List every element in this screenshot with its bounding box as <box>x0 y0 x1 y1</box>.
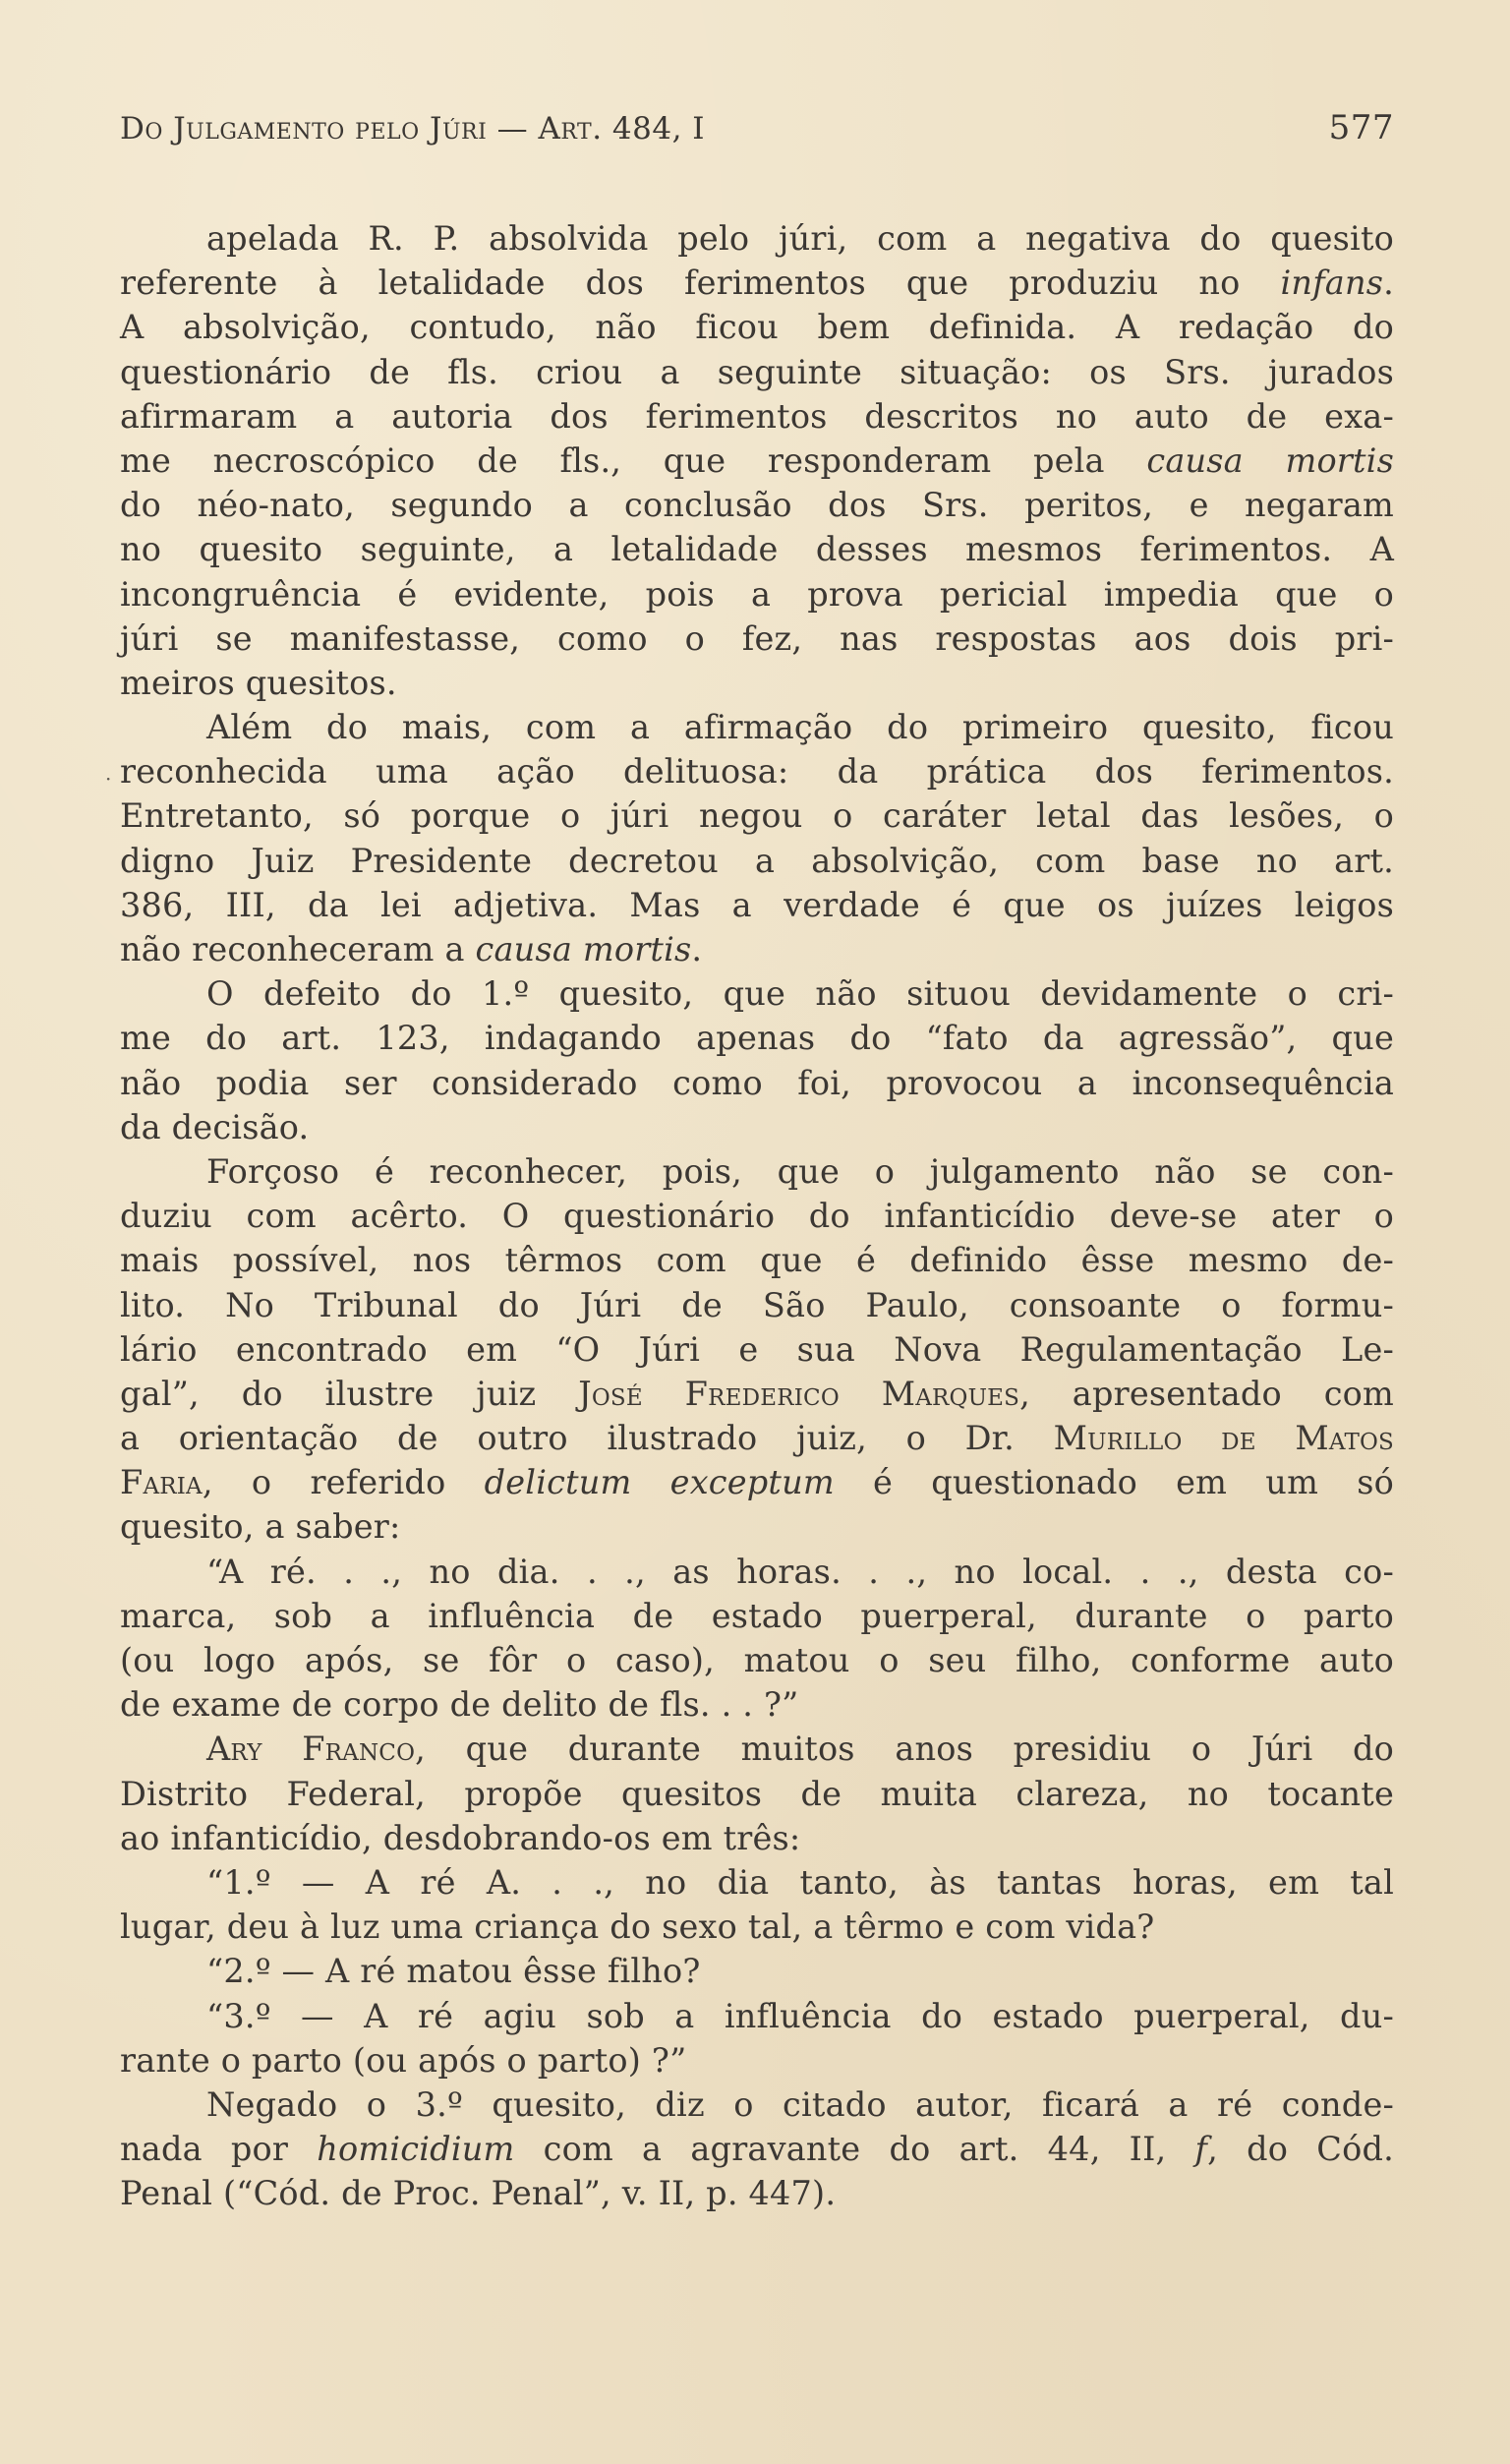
text-line: não podia ser considerado como foi, prov… <box>120 1061 1394 1105</box>
text-line: “A ré. . ., no dia. . ., as horas. . ., … <box>120 1550 1394 1594</box>
text-line: reconhecida uma ação delituosa: da práti… <box>120 749 1394 793</box>
book-page: Do Julgamento pelo Júri — Art. 484, I 57… <box>120 108 1394 2215</box>
running-head: Do Julgamento pelo Júri — Art. 484, I 57… <box>120 108 1394 167</box>
text-line: questionário de fls. criou a seguinte si… <box>120 350 1394 394</box>
running-head-title: Do Julgamento pelo Júri — Art. 484, I <box>120 111 705 147</box>
text-line: ao infanticídio, desdobrando-os em três: <box>120 1816 1394 1860</box>
margin-mark: · <box>105 767 111 791</box>
paragraph: O defeito do 1.º quesito, que não situou… <box>120 971 1394 1149</box>
text-line: 386, III, da lei adjetiva. Mas a verdade… <box>120 883 1394 927</box>
text-line: “1.º — A ré A. . ., no dia tanto, às tan… <box>120 1860 1394 1905</box>
text-line: no quesito seguinte, a letalidade desses… <box>120 527 1394 571</box>
text-line: rante o parto (ou após o parto) ?” <box>120 2038 1394 2083</box>
italic-term: delictum exceptum <box>485 1463 835 1501</box>
text-line: lário encontrado em “O Júri e sua Nova R… <box>120 1327 1394 1372</box>
italic-term: f <box>1195 2130 1208 2168</box>
text-line: Faria, o referido delictum exceptum é qu… <box>120 1460 1394 1504</box>
paragraph: “1.º — A ré A. . ., no dia tanto, às tan… <box>120 1860 1394 1949</box>
text-line: não reconheceram a causa mortis. <box>120 927 1394 971</box>
text-line: da decisão. <box>120 1105 1394 1149</box>
text-line: do néo-nato, segundo a conclusão dos Srs… <box>120 483 1394 527</box>
author-name: Faria <box>120 1463 203 1501</box>
author-name: Ary Franco <box>206 1730 415 1768</box>
text-line: O defeito do 1.º quesito, que não situou… <box>120 971 1394 1016</box>
text-line: duziu com acêrto. O questionário do infa… <box>120 1194 1394 1238</box>
text-line: júri se manifestasse, como o fez, nas re… <box>120 616 1394 661</box>
text-line: marca, sob a influência de estado puerpe… <box>120 1594 1394 1638</box>
author-name: Murillo de Matos <box>1054 1419 1394 1457</box>
text-line: me do art. 123, indagando apenas do “fat… <box>120 1016 1394 1060</box>
text-line: Penal (“Cód. de Proc. Penal”, v. II, p. … <box>120 2171 1394 2215</box>
body-text: apelada R. P. absolvida pelo júri, com a… <box>120 216 1394 2215</box>
text-line: Negado o 3.º quesito, diz o citado autor… <box>120 2083 1394 2127</box>
page-number: 577 <box>1329 108 1394 147</box>
text-line: Ary Franco, que durante muitos anos pres… <box>120 1727 1394 1771</box>
text-line: apelada R. P. absolvida pelo júri, com a… <box>120 216 1394 261</box>
paragraph: Ary Franco, que durante muitos anos pres… <box>120 1727 1394 1860</box>
paragraph: Além do mais, com a afirmação do primeir… <box>120 705 1394 971</box>
text-line: me necroscópico de fls., que responderam… <box>120 439 1394 483</box>
text-line: a orientação de outro ilustrado juiz, o … <box>120 1416 1394 1460</box>
text-line: “3.º — A ré agiu sob a influência do est… <box>120 1994 1394 2038</box>
text-line: lugar, deu à luz uma criança do sexo tal… <box>120 1905 1394 1949</box>
paragraph: Negado o 3.º quesito, diz o citado autor… <box>120 2083 1394 2216</box>
text-line: gal”, do ilustre juiz José Frederico Mar… <box>120 1372 1394 1416</box>
text-line: Entretanto, só porque o júri negou o car… <box>120 793 1394 838</box>
paragraph: “3.º — A ré agiu sob a influência do est… <box>120 1994 1394 2083</box>
paragraph: “A ré. . ., no dia. . ., as horas. . ., … <box>120 1550 1394 1728</box>
paragraph: “2.º — A ré matou êsse filho? <box>120 1949 1394 1993</box>
text-line: A absolvição, contudo, não ficou bem def… <box>120 305 1394 349</box>
italic-term: infans <box>1281 264 1384 302</box>
paragraph: apelada R. P. absolvida pelo júri, com a… <box>120 216 1394 705</box>
text-line: Forçoso é reconhecer, pois, que o julgam… <box>120 1149 1394 1194</box>
text-line: nada por homicidium com a agravante do a… <box>120 2127 1394 2171</box>
text-line: de exame de corpo de delito de fls. . . … <box>120 1682 1394 1727</box>
text-line: Distrito Federal, propõe quesitos de mui… <box>120 1772 1394 1816</box>
text-line: digno Juiz Presidente decretou a absolvi… <box>120 839 1394 883</box>
text-line: meiros quesitos. <box>120 661 1394 705</box>
text-line: lito. No Tribunal do Júri de São Paulo, … <box>120 1283 1394 1327</box>
text-line: referente à letalidade dos ferimentos qu… <box>120 261 1394 305</box>
paragraph: Forçoso é reconhecer, pois, que o julgam… <box>120 1149 1394 1550</box>
text-line: afirmaram a autoria dos ferimentos descr… <box>120 394 1394 439</box>
author-name: José Frederico Marques <box>578 1375 1019 1413</box>
text-line: “2.º — A ré matou êsse filho? <box>120 1949 1394 1993</box>
text-line: mais possível, nos têrmos com que é defi… <box>120 1238 1394 1282</box>
italic-term: causa mortis <box>1146 441 1394 480</box>
text-line: (ou logo após, se fôr o caso), matou o s… <box>120 1638 1394 1682</box>
text-line: quesito, a saber: <box>120 1504 1394 1549</box>
italic-term: causa mortis <box>476 930 692 968</box>
text-line: Além do mais, com a afirmação do primeir… <box>120 705 1394 749</box>
text-line: incongruência é evidente, pois a prova p… <box>120 572 1394 616</box>
italic-term: homicidium <box>317 2130 514 2168</box>
